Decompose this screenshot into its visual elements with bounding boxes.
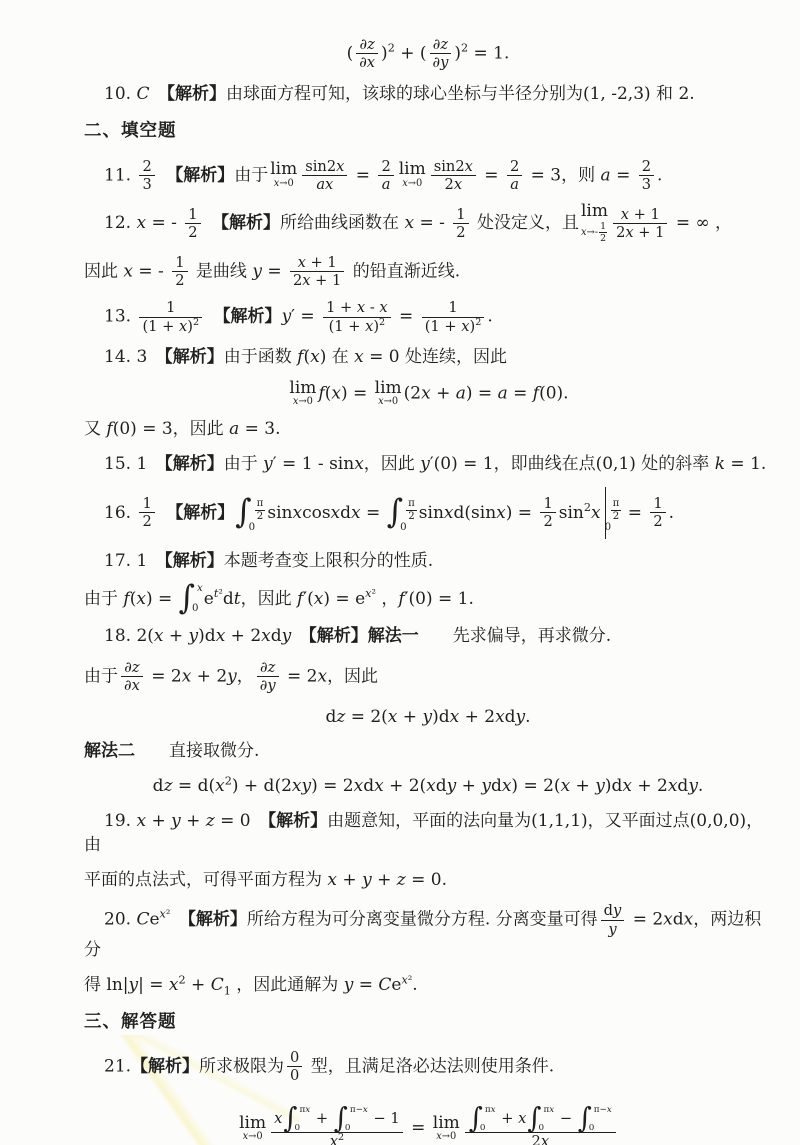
document-body: (∂z∂x)2 + (∂z∂y)2 = 1.10. C 【解析】由球面方程可知，… <box>84 36 772 1145</box>
document-line: 19. x + y + z = 0 【解析】由题意知，平面的法向量为(1,1,1… <box>84 809 772 858</box>
document-line: 15. 1 【解析】由于 y′ = 1 - sinx，因此 y′(0) = 1，… <box>84 452 772 477</box>
document-line: 21.【解析】所求极限为00 型，且满足洛必达法则使用条件. <box>84 1049 772 1085</box>
document-line: 17. 1 【解析】本题考查变上限积分的性质. <box>84 549 772 574</box>
document-line: 又 f(0) = 3，因此 a = 3. <box>84 417 772 442</box>
document-line: 18. 2(x + y)dx + 2xdy 【解析】解法一 先求偏导，再求微分. <box>84 624 772 649</box>
document-line: dz = 2(x + y)dx + 2xdy. <box>84 705 772 730</box>
document-line: 11. 23 【解析】由于limx→0sin2xax = 2alimx→0sin… <box>84 158 772 194</box>
document-line: 得 ln|y| = x2 + C1 ，因此通解为 y = Cex². <box>84 973 772 998</box>
document-line: (∂z∂x)2 + (∂z∂y)2 = 1. <box>84 36 772 72</box>
document-line: 二、填空题 <box>84 119 772 144</box>
document-line: 14. 3 【解析】由于函数 f(x) 在 x = 0 处连续，因此 <box>84 345 772 370</box>
document-line: 平面的点法式，可得平面方程为 x + y + z = 0. <box>84 868 772 893</box>
document-line: 13. 1(1 + x)2 【解析】y′ = 1 + x - x(1 + x)2… <box>84 299 772 335</box>
document-line: 由于∂z∂x = 2x + 2y，∂z∂y = 2x，因此 <box>84 659 772 695</box>
document-line: 20. Cex² 【解析】所给方程为可分离变量微分方程. 分离变量可得dyy =… <box>84 902 772 962</box>
document-line: 12. x = - 12 【解析】所给曲线函数在 x = - 12 处没定义，且… <box>84 203 772 244</box>
document-line: 解法二 直接取微分. <box>84 739 772 764</box>
document-line: limx→0f(x) = limx→0(2x + a) = a = f(0). <box>84 380 772 408</box>
scanned-document-page: (∂z∂x)2 + (∂z∂y)2 = 1.10. C 【解析】由球面方程可知，… <box>0 0 800 1145</box>
document-line: 10. C 【解析】由球面方程可知，该球的球心坐标与半径分别为(1, -2,3)… <box>84 82 772 107</box>
document-line: 因此 x = - 12 是曲线 y = x + 12x + 1 的铅直渐近线. <box>84 254 772 290</box>
document-line: 三、解答题 <box>84 1010 772 1035</box>
document-line: 16. 12 【解析】∫π20sinxcosxdx = ∫π20sinxd(si… <box>84 487 772 540</box>
document-line: limx→0x∫πx0 + ∫π−x0 − 1x2 = limx→0∫πx0 +… <box>84 1106 772 1145</box>
document-line: 由于 f(x) = ∫x0et²dt，因此 f′(x) = ex² ，f′(0)… <box>84 584 772 615</box>
document-line: dz = d(x2) + d(2xy) = 2xdx + 2(xdy + ydx… <box>84 774 772 799</box>
